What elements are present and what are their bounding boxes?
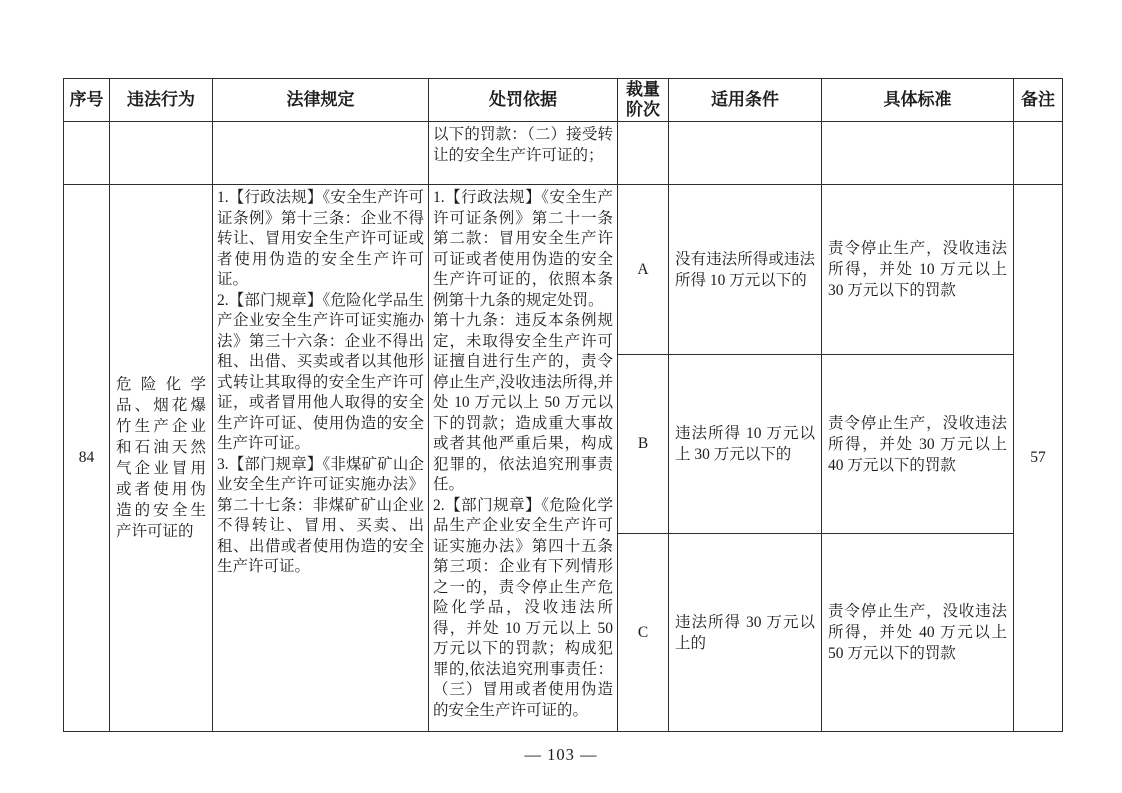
- tier-standard-a: 责令停止生产，没收违法所得，并处 10 万元以上 30 万元以下的罚款: [822, 185, 1014, 355]
- tier-condition-a-text: 没有违法所得或违法所得 10 万元以下的: [669, 247, 821, 293]
- col-header-discretion-tier: 裁量 阶次: [618, 79, 669, 122]
- empty-cell: [1014, 122, 1063, 185]
- tier-standard-b: 责令停止生产，没收违法所得，并处 30 万元以上 40 万元以下的罚款: [822, 355, 1014, 534]
- tier-condition-c-text: 违法所得 30 万元以上的: [669, 610, 821, 656]
- empty-cell: [213, 122, 429, 185]
- empty-cell: [64, 122, 110, 185]
- empty-cell: [618, 122, 669, 185]
- col-header-penalty-basis: 处罚依据: [429, 79, 618, 122]
- page-number: — 103 —: [0, 745, 1122, 765]
- illegal-act-cell: 危险化学品、烟花爆竹生产企业和石油天然气企业冒用或者使用伪造的安全生产许可证的: [110, 185, 213, 732]
- empty-cell: [669, 122, 822, 185]
- document-page: 序号 违法行为 法律规定 处罚依据 裁量 阶次 适用条件 具体标准 备注 以下的…: [0, 0, 1122, 793]
- col-header-specific-standard: 具体标准: [822, 79, 1014, 122]
- penalty-basis-continuation: 以下的罚款：（二）接受转让的安全生产许可证的；: [429, 122, 618, 185]
- illegal-act-text: 危险化学品、烟花爆竹生产企业和石油天然气企业冒用或者使用伪造的安全生产许可证的: [110, 372, 212, 544]
- tier-condition-a: 没有违法所得或违法所得 10 万元以下的: [669, 185, 822, 355]
- tier-level-a: A: [618, 185, 669, 355]
- empty-cell: [822, 122, 1014, 185]
- penalty-basis-cell: 1.【行政法规】《安全生产许可证条例》第二十一条第二款：冒用安全生产许可证或者使…: [429, 185, 618, 732]
- tier-level-c: C: [618, 534, 669, 732]
- col-header-legal-provisions: 法律规定: [213, 79, 429, 122]
- tier-standard-c: 责令停止生产，没收违法所得，并处 40 万元以上 50 万元以下的罚款: [822, 534, 1014, 732]
- serial-number-cell: 84: [64, 185, 110, 732]
- empty-cell: [110, 122, 213, 185]
- tier-condition-c: 违法所得 30 万元以上的: [669, 534, 822, 732]
- col-header-serial: 序号: [64, 79, 110, 122]
- col-header-illegal-act: 违法行为: [110, 79, 213, 122]
- tier-condition-b-text: 违法所得 10 万元以上 30 万元以下的: [669, 421, 821, 467]
- remark-cell: 57: [1014, 185, 1063, 732]
- col-header-remark: 备注: [1014, 79, 1063, 122]
- penalty-discretion-table: 序号 违法行为 法律规定 处罚依据 裁量 阶次 适用条件 具体标准 备注 以下的…: [63, 78, 1063, 732]
- tier-condition-b: 违法所得 10 万元以上 30 万元以下的: [669, 355, 822, 534]
- tier-level-b: B: [618, 355, 669, 534]
- legal-provisions-cell: 1.【行政法规】《安全生产许可证条例》第十三条：企业不得转让、冒用安全生产许可证…: [213, 185, 429, 732]
- tier-standard-b-text: 责令停止生产，没收违法所得，并处 30 万元以上 40 万元以下的罚款: [822, 411, 1013, 478]
- tier-standard-a-text: 责令停止生产，没收违法所得，并处 10 万元以上 30 万元以下的罚款: [822, 236, 1013, 303]
- tier-standard-c-text: 责令停止生产，没收违法所得，并处 40 万元以上 50 万元以下的罚款: [822, 599, 1013, 666]
- col-header-applicable-conditions: 适用条件: [669, 79, 822, 122]
